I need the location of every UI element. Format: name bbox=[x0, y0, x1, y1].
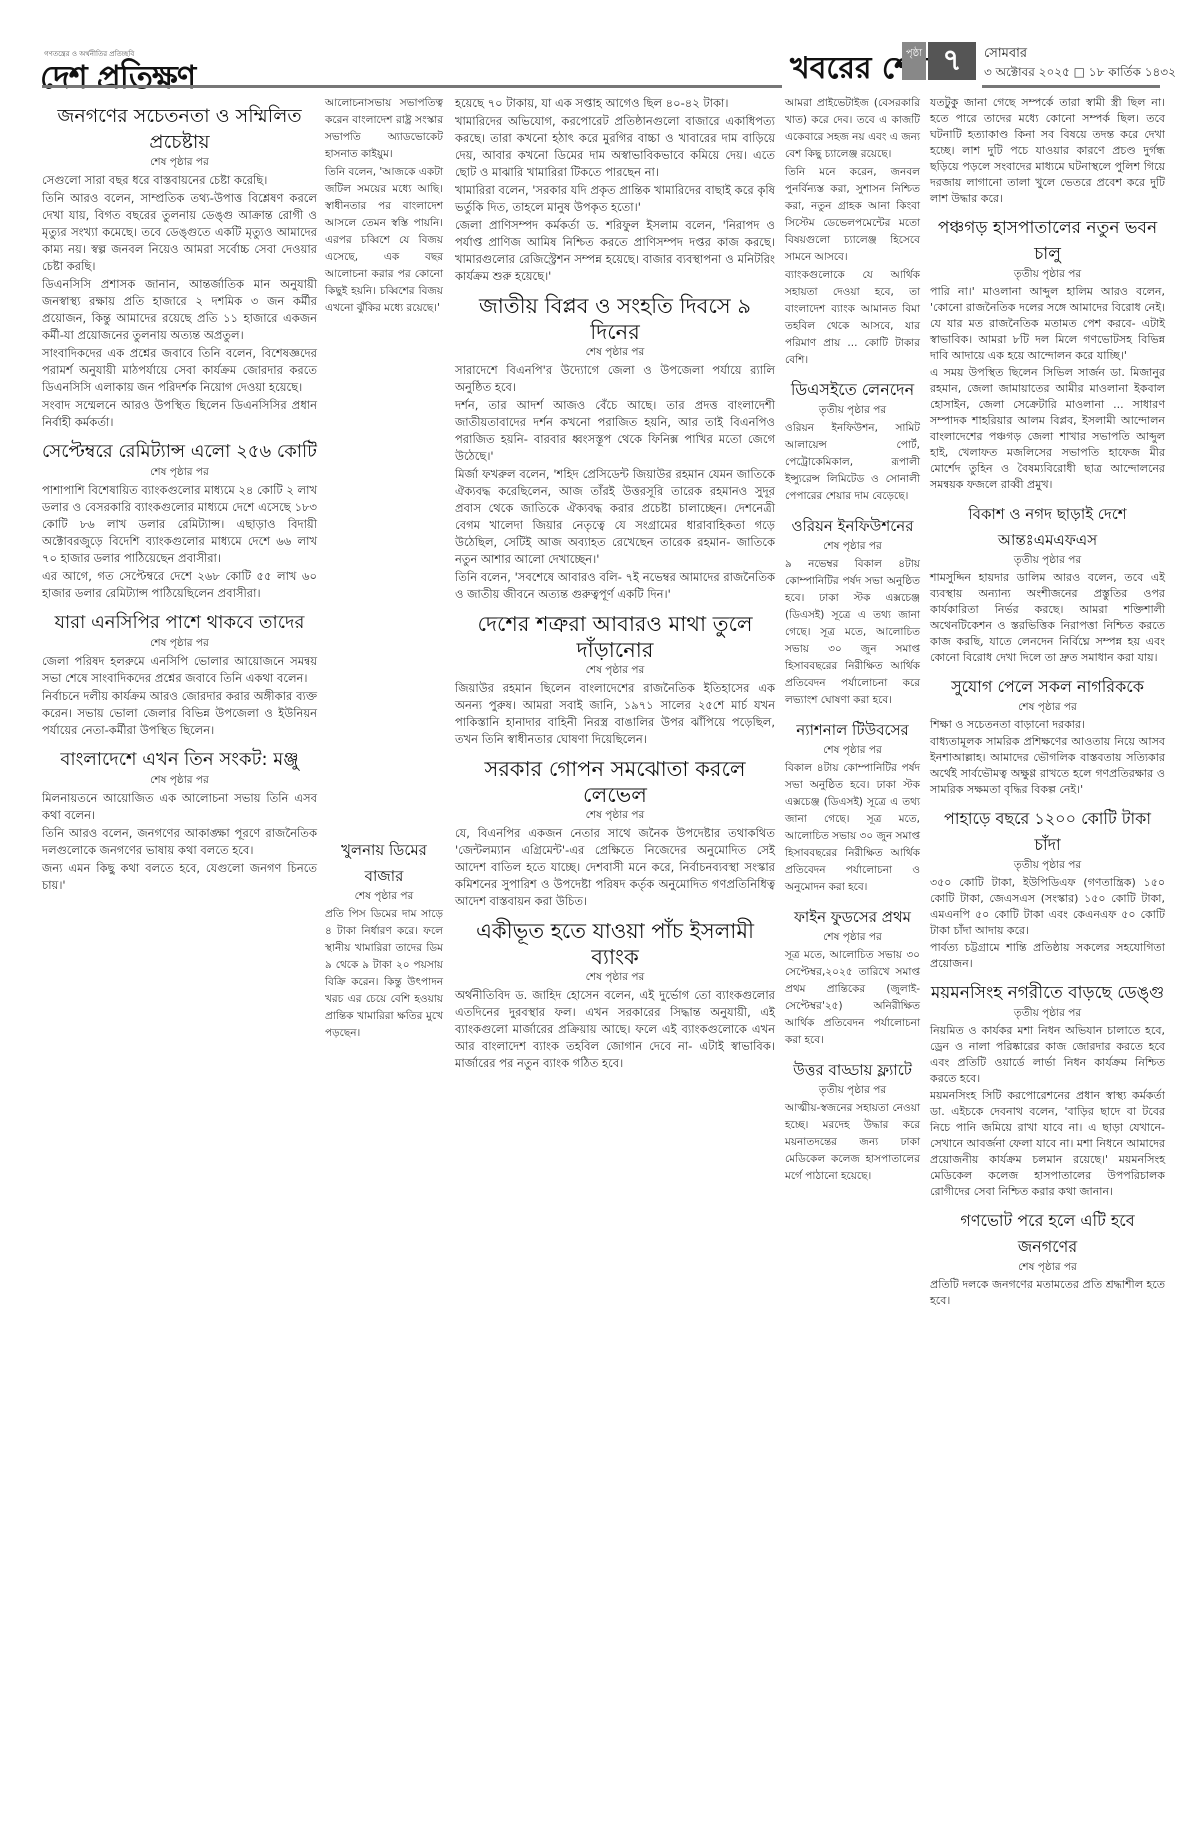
paragraph: তিনি আরও বলেন, জনগণের আকাঙ্ক্ষা পূরণে রা… bbox=[42, 825, 317, 859]
column-4: আমরা প্রাইভেটাইজ (বেসরকারি খাত) করে দেব।… bbox=[785, 95, 920, 1186]
headline[interactable]: সরকার গোপন সমঝোতা করলে লেভেল bbox=[455, 756, 775, 808]
headline[interactable]: সুযোগ পেলে সকল নাগরিককে bbox=[930, 674, 1165, 700]
headline[interactable]: ন্যাশনাল টিউবসের bbox=[785, 717, 920, 743]
continued-note: শেষ পৃষ্ঠার পর bbox=[785, 743, 920, 757]
headline[interactable]: খুলনায় ডিমের বাজার bbox=[325, 837, 443, 889]
article-enemies: দেশের শত্রুরা আবারও মাথা তুলে দাঁড়ানোর … bbox=[455, 611, 775, 748]
paragraph: অর্থনীতিবিদ ড. জাহিদ হোসেন বলেন, এই দুর্… bbox=[455, 987, 775, 1072]
paragraph: হয়েছে ৭০ টাকায়, যা এক সপ্তাহ আগেও ছিল … bbox=[455, 95, 775, 112]
headline[interactable]: পঞ্চগড় হাসপাতালের নতুন ভবন চালু bbox=[930, 215, 1165, 267]
continued-note: তৃতীয় পৃষ্ঠার পর bbox=[930, 1006, 1165, 1020]
continued-note: শেষ পৃষ্ঠার পর bbox=[455, 663, 775, 677]
article-mymensingh: ময়মনসিংহ নগরীতে বাড়ছে ডেঙ্গু তৃতীয় পৃ… bbox=[930, 980, 1165, 1200]
article-national-tubes: ন্যাশনাল টিউবসের শেষ পৃষ্ঠার পর বিকাল ৪ট… bbox=[785, 717, 920, 896]
paragraph: শামসুদ্দিন হায়দার ডালিম আরও বলেন, তবে এ… bbox=[930, 570, 1165, 666]
paragraph: যতটুকু জানা গেছে সম্পর্কে তারা স্বামী স্… bbox=[930, 95, 1165, 207]
paragraph: মির্জা ফখরুল বলেন, 'শহিদ প্রেসিডেন্ট জিয… bbox=[455, 466, 775, 568]
column-2: আলোচনাসভায় সভাপতিত্ব করেন বাংলাদেশ রাষ্… bbox=[325, 95, 443, 1043]
article-egg-market: খুলনায় ডিমের বাজার শেষ পৃষ্ঠার পর প্রতি… bbox=[325, 837, 443, 1042]
article-referendum: গণভোট পরে হলে এটি হবে জনগণের শেষ পৃষ্ঠার… bbox=[930, 1208, 1165, 1309]
continued-note: তৃতীয় পৃষ্ঠার পর bbox=[930, 553, 1165, 567]
paragraph: আমরা প্রাইভেটাইজ (বেসরকারি খাত) করে দেব।… bbox=[785, 95, 920, 163]
article-panchagarh: পঞ্চগড় হাসপাতালের নতুন ভবন চালু তৃতীয় … bbox=[930, 215, 1165, 493]
article-secret-deal: সরকার গোপন সমঝোতা করলে লেভেল শেষ পৃষ্ঠার… bbox=[455, 756, 775, 910]
paragraph: পার্বত্য চট্টগ্রামে শান্তি প্রতিষ্ঠায় স… bbox=[930, 940, 1165, 972]
continued-note: শেষ পৃষ্ঠার পর bbox=[785, 539, 920, 553]
paragraph: খামারিদের অভিযোগ, করপোরেট প্রতিষ্ঠানগুলো… bbox=[455, 113, 775, 181]
continued-note: শেষ পৃষ্ঠার পর bbox=[930, 1260, 1165, 1274]
article-bkash: বিকাশ ও নগদ ছাড়াই দেশে আন্তঃএমএফএস তৃতী… bbox=[930, 501, 1165, 666]
article-remittance: সেপ্টেম্বরে রেমিট্যান্স এলো ২৫৬ কোটি শেষ… bbox=[42, 439, 317, 602]
paragraph: সূত্র মতে, আলোচিত সভায় ৩০ সেপ্টেম্বর,২০… bbox=[785, 947, 920, 1049]
continued-note: শেষ পৃষ্ঠার পর bbox=[325, 889, 443, 903]
paragraph: সংবাদ সম্মেলনে আরও উপস্থিত ছিলেন ডিএনসিস… bbox=[42, 397, 317, 431]
paragraph: এ সময় উপস্থিত ছিলেন সিভিল সার্জন ডা. মি… bbox=[930, 365, 1165, 493]
article-poultry: হয়েছে ৭০ টাকায়, যা এক সপ্তাহ আগেও ছিল … bbox=[455, 95, 775, 285]
continued-note: শেষ পৃষ্ঠার পর bbox=[930, 700, 1165, 714]
headline[interactable]: বিকাশ ও নগদ ছাড়াই দেশে আন্তঃএমএফএস bbox=[930, 501, 1165, 553]
paragraph: যে, বিএনপির একজন নেতার সাথে জনৈক উপদেষ্ট… bbox=[455, 825, 775, 910]
paragraph: শিক্ষা ও সচেতনতা বাড়ানো দরকার। bbox=[930, 717, 1165, 733]
paragraph: তিনি বলেন, 'সবশেষে আবারও বলি- ৭ই নভেম্বর… bbox=[455, 569, 775, 603]
paragraph: জেলা পরিষদ হলরুমে এনসিপি ভোলার আয়োজনে স… bbox=[42, 653, 317, 687]
paragraph: বিকাল ৪টায় কোম্পানিটির পর্ষদ সভা অনুষ্ঠ… bbox=[785, 760, 920, 896]
paragraph: ৯ নভেম্বর বিকাল ৪টায় কোম্পানিটির পর্ষদ … bbox=[785, 556, 920, 709]
paragraph: নির্বাচনে দলীয় কার্যক্রম আরও জোরদার করা… bbox=[42, 688, 317, 739]
article-islamic-banks: একীভূত হতে যাওয়া পাঁচ ইসলামী ব্যাংক শেষ… bbox=[455, 918, 775, 1072]
paragraph: পাশাপাশি বিশেষায়িত ব্যাংকগুলোর মাধ্যমে … bbox=[42, 482, 317, 567]
column-3: হয়েছে ৭০ টাকায়, যা এক সপ্তাহ আগেও ছিল … bbox=[455, 95, 775, 1073]
paragraph: সেগুলো সারা বছর ধরে বাস্তবায়নের চেষ্টা … bbox=[42, 172, 317, 189]
paragraph: জিয়াউর রহমান ছিলেন বাংলাদেশের রাজনৈতিক … bbox=[455, 680, 775, 748]
paragraph: বাধ্যতামূলক সামরিক প্রশিক্ষণের আওতায় নি… bbox=[930, 734, 1165, 798]
continued-note: তৃতীয় পৃষ্ঠার পর bbox=[785, 1083, 920, 1097]
headline[interactable]: সেপ্টেম্বরে রেমিট্যান্স এলো ২৫৬ কোটি bbox=[42, 439, 317, 465]
paragraph: ডিএনসিসি প্রশাসক জানান, আন্তর্জাতিক মান … bbox=[42, 276, 317, 344]
paragraph: তিনি বলেন, 'আজকে একটা জটিল সময়ের মধ্যে … bbox=[325, 164, 443, 317]
headline[interactable]: ডিএসইতে লেনদেন bbox=[785, 377, 920, 403]
column-5: যতটুকু জানা গেছে সম্পর্কে তারা স্বামী স্… bbox=[930, 95, 1165, 1310]
page-number: ৭ bbox=[928, 42, 976, 80]
paragraph: আলোচনাসভায় সভাপতিত্ব করেন বাংলাদেশ রাষ্… bbox=[325, 95, 443, 163]
headline[interactable]: ময়মনসিংহ নগরীতে বাড়ছে ডেঙ্গু bbox=[930, 980, 1165, 1006]
continued-note: শেষ পৃষ্ঠার পর bbox=[455, 808, 775, 822]
article-uttar-badda: উত্তর বাড্ডায় ফ্ল্যাটে তৃতীয় পৃষ্ঠার প… bbox=[785, 1057, 920, 1185]
headline[interactable]: জনগণের সচেতনতা ও সম্মিলিত প্রচেষ্টায় bbox=[42, 103, 317, 155]
continued-note: শেষ পৃষ্ঠার পর bbox=[785, 930, 920, 944]
headline[interactable]: যারা এনসিপির পাশে থাকবে তাদের bbox=[42, 610, 317, 636]
paragraph: নিয়মিত ও কার্যকর মশা নিধন অভিযান চালাতে… bbox=[930, 1023, 1165, 1087]
headline[interactable]: ফাইন ফুডসের প্রথম bbox=[785, 904, 920, 930]
article-revolution-day: জাতীয় বিপ্লব ও সংহতি দিবসে ৯ দিনের শেষ … bbox=[455, 293, 775, 603]
paragraph: ব্যাংকগুলোকে যে আর্থিক সহায়তা দেওয়া হব… bbox=[785, 267, 920, 369]
article-citizens: সুযোগ পেলে সকল নাগরিককে শেষ পৃষ্ঠার পর শ… bbox=[930, 674, 1165, 798]
paragraph: ৩৫০ কোটি টাকা, ইউপিডিএফ (গণতান্ত্রিক) ১৫… bbox=[930, 875, 1165, 939]
paragraph: ময়মনসিংহ সিটি করপোরেশনের প্রধান স্বাস্থ… bbox=[930, 1088, 1165, 1200]
paragraph: দর্শন, তার আদর্শ আজও বেঁচে আছে। তার প্রদ… bbox=[455, 397, 775, 465]
continued-note: শেষ পৃষ্ঠার পর bbox=[455, 970, 775, 984]
page-label: পৃষ্ঠা bbox=[902, 42, 926, 80]
publication-day: সোমবার bbox=[984, 44, 1027, 65]
article-dse-trading: ডিএসইতে লেনদেন তৃতীয় পৃষ্ঠার পর ওরিয়ন … bbox=[785, 377, 920, 505]
paragraph: প্রতি পিস ডিমের দাম সাড়ে ৪ টাকা নির্ধার… bbox=[325, 906, 443, 1042]
article-manju: বাংলাদেশে এখন তিন সংকট: মঞ্জু শেষ পৃষ্ঠা… bbox=[42, 747, 317, 894]
continued-note: শেষ পৃষ্ঠার পর bbox=[42, 773, 317, 787]
paragraph: মিলনায়তনে আয়োজিত এক আলোচনা সভায় তিনি … bbox=[42, 790, 317, 824]
paragraph: প্রতিটি দলকে জনগণের মতামতের প্রতি শ্রদ্ধ… bbox=[930, 1277, 1165, 1309]
headline[interactable]: উত্তর বাড্ডায় ফ্ল্যাটে bbox=[785, 1057, 920, 1083]
date-rule bbox=[982, 85, 1160, 88]
paragraph: পারি না।' মাওলানা আব্দুল হালিম আরও বলেন,… bbox=[930, 284, 1165, 364]
publication-date: ৩ অক্টোবর ২০২৫ □ ১৮ কার্তিক ১৪৩২ bbox=[984, 64, 1176, 84]
paragraph: তিনি আরও বলেন, সাম্প্রতিক তথ্য-উপাত্ত বি… bbox=[42, 190, 317, 275]
headline[interactable]: গণভোট পরে হলে এটি হবে জনগণের bbox=[930, 1208, 1165, 1260]
continued-note: শেষ পৃষ্ঠার পর bbox=[455, 345, 775, 359]
paragraph: সাংবাদিকদের এক প্রশ্নের জবাবে তিনি বলেন,… bbox=[42, 345, 317, 396]
headline[interactable]: দেশের শত্রুরা আবারও মাথা তুলে দাঁড়ানোর bbox=[455, 611, 775, 663]
headline[interactable]: একীভূত হতে যাওয়া পাঁচ ইসলামী ব্যাংক bbox=[455, 918, 775, 970]
column-1: জনগণের সচেতনতা ও সম্মিলিত প্রচেষ্টায় শে… bbox=[42, 95, 317, 895]
article-dengue-awareness: জনগণের সচেতনতা ও সম্মিলিত প্রচেষ্টায় শে… bbox=[42, 103, 317, 431]
continued-note: তৃতীয় পৃষ্ঠার পর bbox=[785, 403, 920, 417]
paragraph: ওরিয়ন ইনফিউশন, সামিট আলায়েন্স পোর্ট, প… bbox=[785, 420, 920, 505]
headline[interactable]: বাংলাদেশে এখন তিন সংকট: মঞ্জু bbox=[42, 747, 317, 773]
masthead: গণতন্ত্রের ও অর্থনীতির প্রতিচ্ছবি দেশ প্… bbox=[0, 0, 1200, 80]
article-fine-foods: ফাইন ফুডসের প্রথম শেষ পৃষ্ঠার পর সূত্র ম… bbox=[785, 904, 920, 1049]
headline[interactable]: জাতীয় বিপ্লব ও সংহতি দিবসে ৯ দিনের bbox=[455, 293, 775, 345]
headline[interactable]: ওরিয়ন ইনফিউশনের bbox=[785, 513, 920, 539]
continued-note: শেষ পৃষ্ঠার পর bbox=[42, 636, 317, 650]
article-hills-extortion: পাহাড়ে বছরে ১২০০ কোটি টাকা চাঁদা তৃতীয়… bbox=[930, 806, 1165, 972]
article-ncp: যারা এনসিপির পাশে থাকবে তাদের শেষ পৃষ্ঠা… bbox=[42, 610, 317, 739]
continued-note: তৃতীয় পৃষ্ঠার পর bbox=[930, 267, 1165, 281]
paragraph: খামারিরা বলেন, 'সরকার যদি প্রকৃত প্রান্ত… bbox=[455, 182, 775, 216]
article-orion: ওরিয়ন ইনফিউশনের শেষ পৃষ্ঠার পর ৯ নভেম্ব… bbox=[785, 513, 920, 709]
headline[interactable]: পাহাড়ে বছরে ১২০০ কোটি টাকা চাঁদা bbox=[930, 806, 1165, 858]
paragraph: তিনি মনে করেন, জনবল পুনর্বিন্যস্ত করা, স… bbox=[785, 164, 920, 266]
continued-note: শেষ পৃষ্ঠার পর bbox=[42, 155, 317, 169]
header-rule bbox=[42, 85, 782, 88]
paragraph: জন্য এমন কিছু কথা বলতে হবে, যেগুলো জনগণ … bbox=[42, 860, 317, 894]
continued-note: শেষ পৃষ্ঠার পর bbox=[42, 465, 317, 479]
paragraph: সারাদেশে বিএনপি'র উদ্যোগে জেলা ও উপজেলা … bbox=[455, 362, 775, 396]
paragraph: আত্মীয়-স্বজনের সহায়তা নেওয়া হচ্ছে। মর… bbox=[785, 1100, 920, 1185]
paragraph: এর আগে, গত সেপ্টেম্বরে দেশে ২৬৮ কোটি ৫৫ … bbox=[42, 568, 317, 602]
paragraph: জেলা প্রাণিসম্পদ কর্মকর্তা ড. শরিফুল ইসল… bbox=[455, 217, 775, 285]
continued-note: তৃতীয় পৃষ্ঠার পর bbox=[930, 858, 1165, 872]
